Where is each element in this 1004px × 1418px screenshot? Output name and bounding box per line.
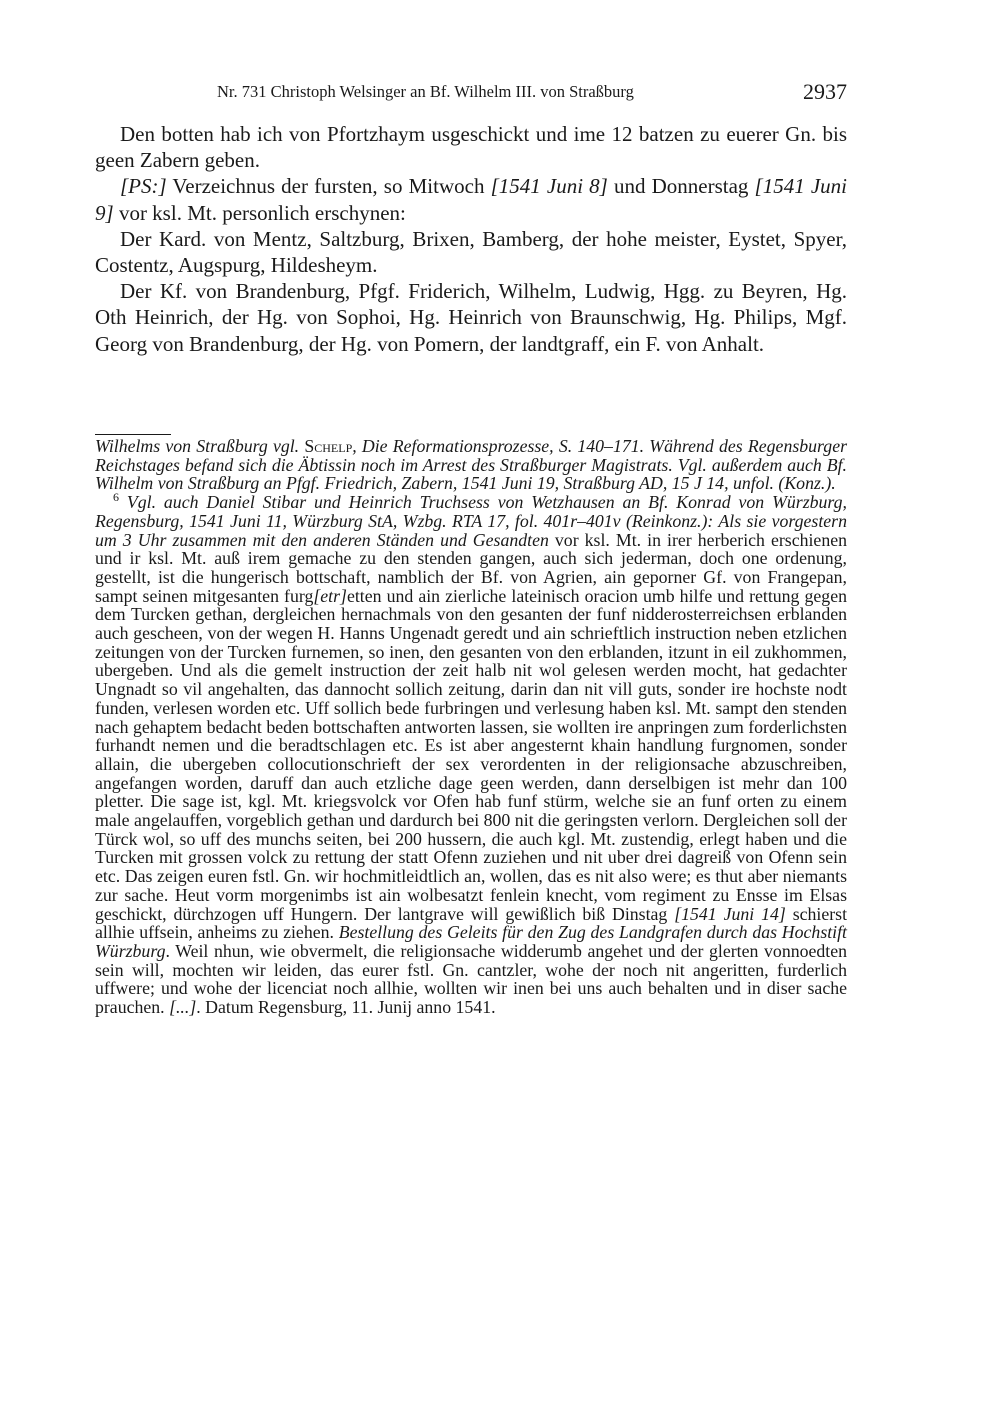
text-span: Verzeichnus der fursten, so Mitwoch xyxy=(167,174,491,198)
paragraph-secular-princes: Der Kf. von Brandenburg, Pfgf. Friderich… xyxy=(95,278,847,357)
running-title: Nr. 731 Christoph Welsinger an Bf. Wilhe… xyxy=(217,82,634,102)
editorial-date: [1541 Juni 14] xyxy=(674,904,786,924)
page-number: 2937 xyxy=(803,79,847,105)
paragraph-messenger: Den botten hab ich von Pfortzhaym usgesc… xyxy=(95,121,847,173)
editorial-date: [1541 Juni 8] xyxy=(491,174,608,198)
editorial-mark: [etr] xyxy=(313,586,347,606)
main-text: Den botten hab ich von Pfortzhaym usgesc… xyxy=(95,121,847,357)
footnote-6: 6 Vgl. auch Daniel Stibar und Heinrich T… xyxy=(95,493,847,1017)
text-span: und Donnerstag xyxy=(608,174,755,198)
text-span: Wilhelms von Straßburg vgl. xyxy=(95,436,304,456)
editorial-mark: [...] xyxy=(169,997,196,1017)
text-span: etten und ain zierliche lateinisch oraci… xyxy=(95,586,847,924)
footnote-5-continuation: Wilhelms von Straßburg vgl. Schelp, Die … xyxy=(95,437,847,493)
text-span: . Datum Regensburg, 11. Junij anno 1541. xyxy=(196,997,495,1017)
editorial-mark: [PS:] xyxy=(120,174,167,198)
running-header: Nr. 731 Christoph Welsinger an Bf. Wilhe… xyxy=(95,80,847,106)
text-span: vor ksl. Mt. personlich erschynen: xyxy=(114,201,406,225)
paragraph-postscript: [PS:] Verzeichnus der fursten, so Mitwoc… xyxy=(95,173,847,225)
footnote-rule xyxy=(95,434,171,435)
author-name: Schelp xyxy=(304,436,352,456)
footnotes: Wilhelms von Straßburg vgl. Schelp, Die … xyxy=(95,437,847,1017)
paragraph-clerical-princes: Der Kard. von Mentz, Saltzburg, Brixen, … xyxy=(95,226,847,278)
